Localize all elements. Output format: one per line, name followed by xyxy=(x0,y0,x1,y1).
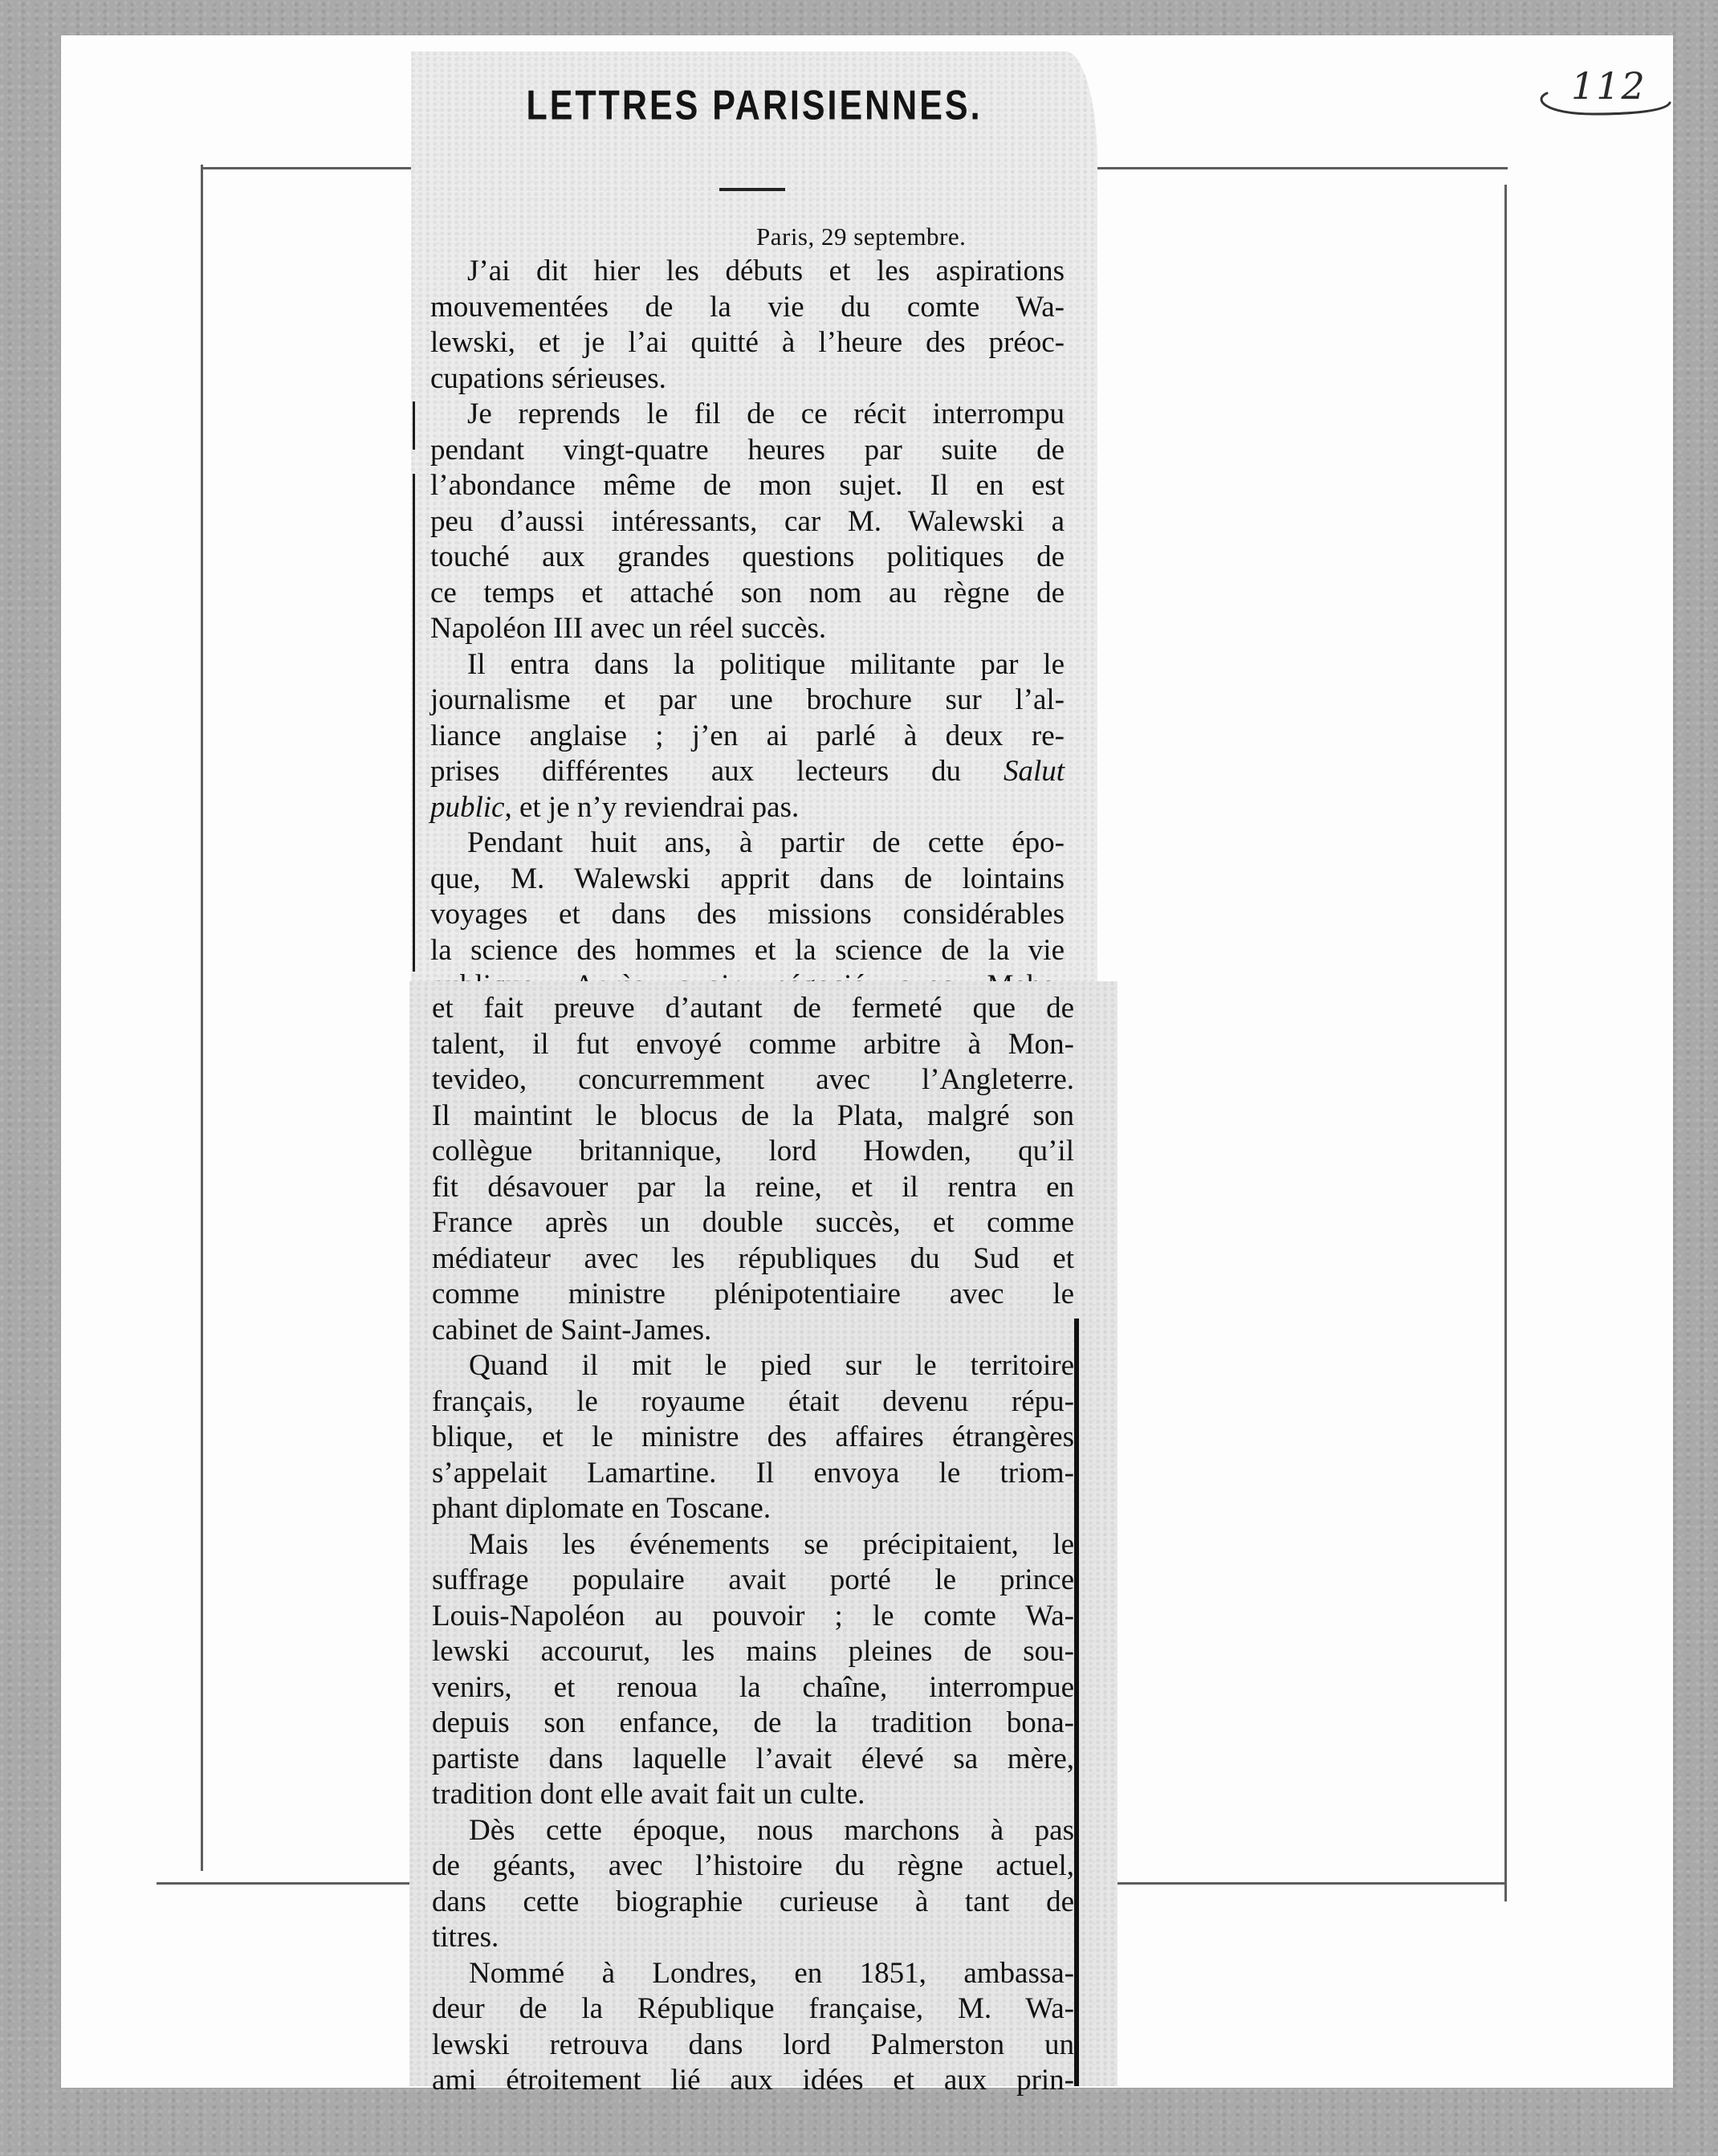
article-line: prises différentes aux lecteurs du Salut xyxy=(430,754,1065,790)
article-line: journalisme et par une brochure sur l’al… xyxy=(430,683,1065,719)
article-line: comme ministre plénipotentiaire avec le xyxy=(432,1277,1074,1313)
article-line: collègue britannique, lord Howden, qu’il xyxy=(432,1134,1074,1170)
article-line: depuis son enfance, de la tradition bona… xyxy=(432,1706,1074,1742)
folio-underline-icon xyxy=(1537,80,1674,128)
article-line: fit désavouer par la reine, et il rentra… xyxy=(432,1170,1074,1206)
article-line: français, le royaume était devenu répu- xyxy=(432,1384,1074,1420)
article-line: tradition dont elle avait fait un culte. xyxy=(432,1777,1074,1813)
article-line: pendant vingt-quatre heures par suite de xyxy=(430,433,1065,469)
article-line: public, et je n’y reviendrai pas. xyxy=(430,790,1065,826)
article-line: Quand il mit le pied sur le territoire xyxy=(432,1348,1074,1384)
article-line: et fait preuve d’autant de fermeté que d… xyxy=(432,991,1074,1027)
article-line: Louis-Napoléon au pouvoir ; le comte Wa- xyxy=(432,1599,1074,1635)
article-line: talent, il fut envoyé comme arbitre à Mo… xyxy=(432,1027,1074,1063)
article-line: Mais les événements se précipitaient, le xyxy=(432,1527,1074,1563)
article-text-lower: et fait preuve d’autant de fermeté que d… xyxy=(432,991,1074,2099)
article-line: blique, et le ministre des affaires étra… xyxy=(432,1420,1074,1456)
headline: LETTRES PARISIENNES. xyxy=(411,83,1097,130)
article-line: Je reprends le fil de ce récit interromp… xyxy=(430,397,1065,433)
article-line: la science des hommes et la science de l… xyxy=(430,933,1065,969)
article-text-upper: J’ai dit hier les débuts et les aspirati… xyxy=(430,254,1065,1040)
article-line: dans cette biographie curieuse à tant de xyxy=(432,1885,1074,1921)
article-line: l’abondance même de mon sujet. Il en est xyxy=(430,468,1065,504)
newspaper-clipping-upper: LETTRES PARISIENNES. Paris, 29 septembre… xyxy=(411,51,1097,984)
margin-mark xyxy=(413,401,415,450)
article-line: Nommé à Londres, en 1851, ambassa- xyxy=(432,1956,1074,1992)
article-line: voyages et dans des missions considérabl… xyxy=(430,897,1065,933)
article-line: suffrage populaire avait porté le prince xyxy=(432,1563,1074,1599)
frame-line-left xyxy=(201,165,203,1871)
article-line: phant diplomate en Toscane. xyxy=(432,1491,1074,1527)
article-line: liance anglaise ; j’en ai parlé à deux r… xyxy=(430,719,1065,755)
article-line: de géants, avec l’histoire du règne actu… xyxy=(432,1848,1074,1885)
article-line: Il maintint le blocus de la Plata, malgr… xyxy=(432,1098,1074,1135)
article-line: ce temps et attaché son nom au règne de xyxy=(430,576,1065,612)
newspaper-clipping-lower: et fait preuve d’autant de fermeté que d… xyxy=(409,981,1118,2086)
article-line: Il entra dans la politique militante par… xyxy=(430,647,1065,683)
headline-rule xyxy=(719,188,785,191)
article-line: lewski accourut, les mains pleines de so… xyxy=(432,1634,1074,1670)
article-line: deur de la République française, M. Wa- xyxy=(432,1991,1074,2028)
article-line: Dès cette époque, nous marchons à pas xyxy=(432,1813,1074,1849)
article-line: cupations sérieuses. xyxy=(430,361,1065,397)
article-line: lewski, et je l’ai quitté à l’heure des … xyxy=(430,325,1065,361)
article-line: s’appelait Lamartine. Il envoya le triom… xyxy=(432,1456,1074,1492)
article-line: cabinet de Saint-James. xyxy=(432,1313,1074,1349)
article-line: touché aux grandes questions politiques … xyxy=(430,540,1065,576)
article-line: médiateur avec les républiques du Sud et xyxy=(432,1241,1074,1278)
article-line: que, M. Walewski apprit dans de lointain… xyxy=(430,862,1065,898)
article-line: venirs, et renoua la chaîne, interrompue xyxy=(432,1670,1074,1706)
article-line: tevideo, concurremment avec l’Angleterre… xyxy=(432,1062,1074,1098)
article-line: Pendant huit ans, à partir de cette épo- xyxy=(430,825,1065,862)
article-line: Napoléon III avec un réel succès. xyxy=(430,611,1065,647)
folio-number: 112 xyxy=(1537,64,1674,128)
article-line: lewski retrouva dans lord Palmerston un xyxy=(432,2028,1074,2064)
margin-mark xyxy=(413,474,415,972)
article-line: partiste dans laquelle l’avait élevé sa … xyxy=(432,1742,1074,1778)
article-line: mouvementées de la vie du comte Wa- xyxy=(430,290,1065,326)
article-line: ami étroitement lié aux idées et aux pri… xyxy=(432,2063,1074,2099)
article-line: France après un double succès, et comme xyxy=(432,1205,1074,1241)
dateline: Paris, 29 septembre. xyxy=(756,222,966,251)
frame-line-right xyxy=(1504,185,1507,1901)
article-line: peu d’aussi intéressants, car M. Walewsk… xyxy=(430,504,1065,540)
article-line: titres. xyxy=(432,1920,1074,1956)
article-line: J’ai dit hier les débuts et les aspirati… xyxy=(430,254,1065,290)
